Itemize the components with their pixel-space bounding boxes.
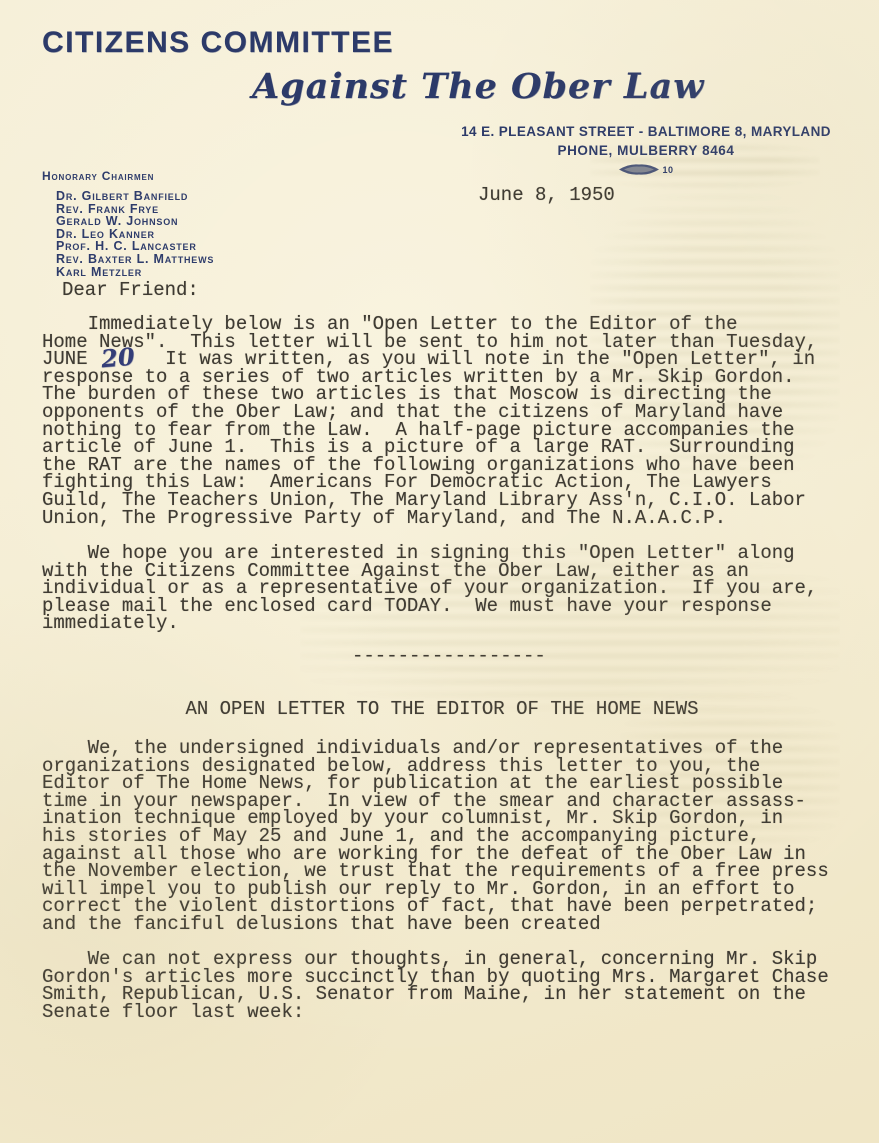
union-label-number: 10 <box>662 165 673 175</box>
chairman-name: Dr. Gilbert Banfield <box>56 190 214 203</box>
letter-paragraph-1: Immediately below is an "Open Letter to … <box>42 316 852 527</box>
union-printers-label: 10 <box>452 163 840 176</box>
union-label-icon <box>618 163 660 176</box>
letter-date: June 8, 1950 <box>478 187 615 205</box>
open-letter-paragraph-2: We can not express our thoughts, in gene… <box>42 951 862 1021</box>
chairman-name: Gerald W. Johnson <box>56 215 214 228</box>
open-letter-paragraph-1: We, the undersigned individuals and/or r… <box>42 740 862 934</box>
org-tagline: Against The Ober Law <box>252 66 704 107</box>
honorary-chairmen-list: Dr. Gilbert BanfieldRev. Frank FryeGeral… <box>56 190 214 278</box>
chairman-name: Rev. Baxter L. Matthews <box>56 253 214 266</box>
letter-paragraph-2: We hope you are interested in signing th… <box>42 545 852 633</box>
typed-dashed-separator: ----------------- <box>352 648 546 666</box>
letter-document: CITIZENS COMMITTEE Against The Ober Law … <box>0 0 879 1143</box>
address-line-1: 14 E. PLEASANT STREET - BALTIMORE 8, MAR… <box>452 124 840 139</box>
handwritten-date-correction: 20 <box>101 357 134 360</box>
honorary-chairmen-heading: Honorary Chairmen <box>42 169 154 183</box>
chairman-name: Karl Metzler <box>56 266 214 279</box>
open-letter-heading: AN OPEN LETTER TO THE EDITOR OF THE HOME… <box>42 701 842 719</box>
org-name: CITIZENS COMMITTEE <box>42 26 394 60</box>
paragraph-1-text-after: It was written, as you will note in the … <box>42 348 815 528</box>
letterhead-address-block: 14 E. PLEASANT STREET - BALTIMORE 8, MAR… <box>452 124 840 176</box>
salutation: Dear Friend: <box>62 282 199 300</box>
phone-line: PHONE, MULBERRY 8464 <box>452 143 840 158</box>
